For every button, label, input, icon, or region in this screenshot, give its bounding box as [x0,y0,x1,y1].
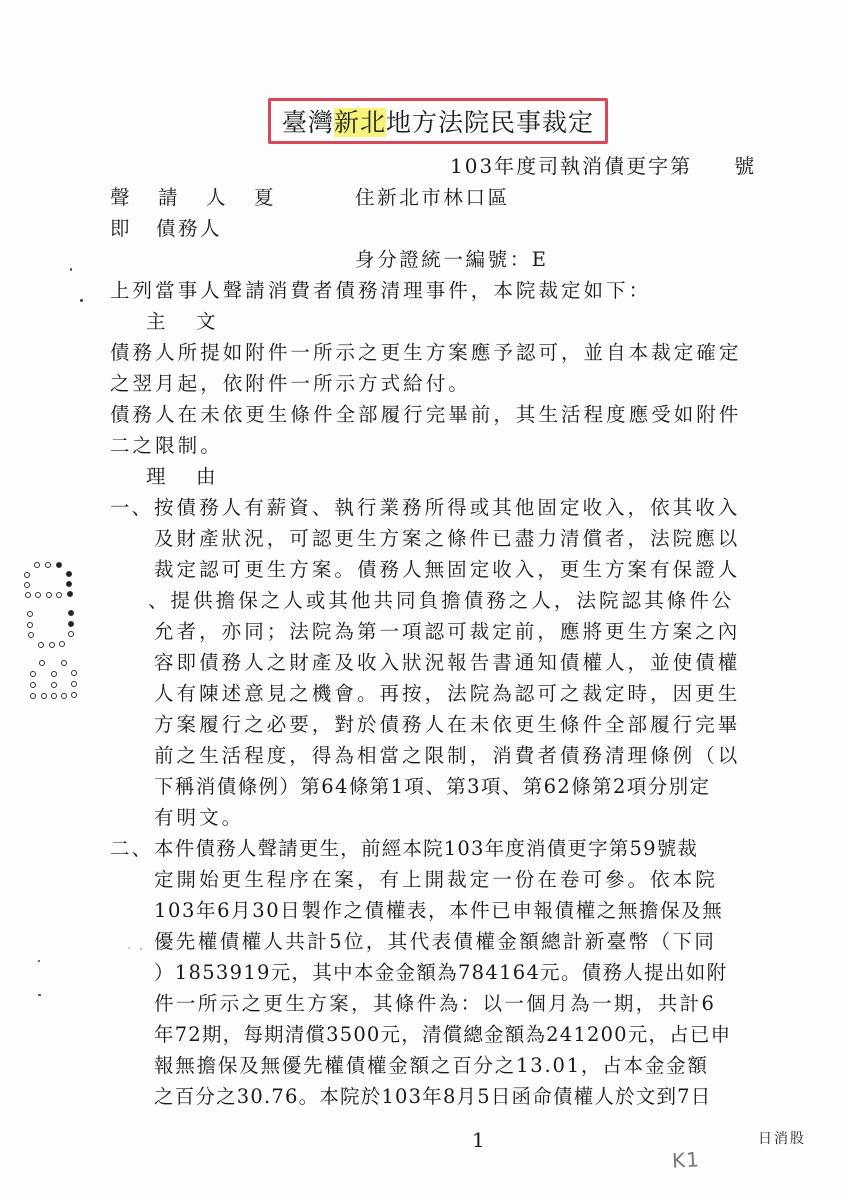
reason-2-line: 本件債務人聲請更生，前經本院103年度消債更字第59號裁 [154,834,698,864]
document-page: 臺灣新北地方法院民事裁定 103年度司執消債更字第號 聲請人夏 住新北市林口區 … [0,0,848,1200]
main-heading-char: 主 [146,307,196,337]
scan-speck [140,948,142,950]
applicant-label-char: 請 [158,183,206,213]
applicant-name: 夏 [254,183,274,213]
scan-speck [128,947,130,949]
reason-1-line: 按債務人有薪資、執行業務所得或其他固定收入，依其收入 [154,493,740,523]
main-heading-char: 文 [196,307,216,337]
scan-speck [38,960,40,962]
scan-speck [70,268,72,271]
reason-1-line: 及財產狀況，可認更生方案之條件已盡力清償者，法院應以 [154,524,740,554]
reason-2-line: 之百分之30.76。本院於103年8月5日函命債權人於文到7日 [154,1082,711,1112]
case-number-prefix: 103年度司執消債更字第 [450,154,692,178]
handwritten-mark: K1 [671,1147,700,1172]
title-prefix: 臺灣 [282,108,334,137]
title-highlight: 新北 [334,108,386,137]
reason-2-line: ）1853919元，其中本金金額為784164元。債務人提出如附 [154,958,727,988]
reason-2-line: 件一所示之更生方案，其條件為：以一個月為一期，共計6 [154,989,716,1019]
reason-1-marker: 一、 [110,493,153,523]
reason-1-line: 允者，亦同；法院為第一項認可裁定前，應將更生方案之內 [154,617,740,647]
main-text-line: 債務人在未依更生條件全部履行完畢前，其生活程度應受如附件 [110,400,741,430]
applicant-label-char: 人 [206,183,254,213]
reason-2-line: 優先權債權人共計5位，其代表債權金額總計新臺幣（下同 [154,927,716,957]
reason-heading: 理由 [146,462,216,492]
reason-1-line: 人有陳述意見之機會。再按，法院為認可之裁定時，因更生 [154,679,740,709]
title-suffix: 地方法院民事裁定 [386,108,594,137]
court-title-box: 臺灣新北地方法院民事裁定 [268,98,608,144]
case-number: 103年度司執消債更字第號 [450,150,756,179]
reason-1-line: 、提供擔保之人或其他共同負擔債務之人，法院認其條件公 [148,586,734,616]
reason-heading-char: 理 [146,462,196,492]
debtor-label-prefix: 即 [110,214,156,244]
debtor-label-text: 債務人 [156,214,222,244]
page-number: 1 [472,1128,485,1152]
main-text-line: 債務人所提如附件一所示之更生方案應予認可，並自本裁定確定 [110,338,741,368]
reason-heading-char: 由 [196,462,216,492]
case-number-suffix: 號 [734,154,756,178]
reason-1-line: 下稱消債條例）第64條第1項、第3項、第62條第2項分別定 [154,772,710,802]
main-text-line: 之翌月起，依附件一所示方式給付。 [110,369,471,399]
reason-2-line: 報無擔保及無優先權債權金額之百分之13.01，占本金金額 [154,1051,709,1081]
main-text-line: 二之限制。 [110,431,223,461]
reason-1-line: 裁定認可更生方案。債務人無固定收入，更生方案有保證人 [154,555,740,585]
reason-1-line: 有明文。 [154,803,244,833]
scan-speck [38,994,41,996]
debtor-label: 即債務人 [110,214,222,244]
reason-2-line: 定開始更生程序在案，有上開裁定一份在卷可參。依本院 [154,865,718,895]
id-number: 身分證統一編號：E [355,245,549,275]
reason-1-line: 容即債務人之財產及收入狀況報告書通知債權人，並使債權 [154,648,740,678]
applicant-label: 聲請人夏 [110,183,274,213]
reason-1-line: 方案履行之必要，對於債務人在未依更生條件全部履行完畢 [154,710,740,740]
court-title: 臺灣新北地方法院民事裁定 [282,103,594,139]
intro-text: 上列當事人聲請消費者債務清理事件，本院裁定如下： [110,276,651,306]
reason-2-marker: 二、 [110,834,153,864]
reason-2-line: 年72期，每期清償3500元，清償總金額為241200元，占已申 [154,1020,731,1050]
division-stamp: 日消股 [758,1128,806,1148]
reason-1-line: 前之生活程度，得為相當之限制，消費者債務清理條例（以 [154,741,740,771]
reason-2-line: 103年6月30日製作之債權表，本件已申報債權之無擔保及無 [154,896,723,926]
scan-speck [80,299,83,302]
applicant-address: 住新北市林口區 [355,183,510,213]
applicant-label-char: 聲 [110,183,158,213]
main-heading: 主文 [146,307,216,337]
